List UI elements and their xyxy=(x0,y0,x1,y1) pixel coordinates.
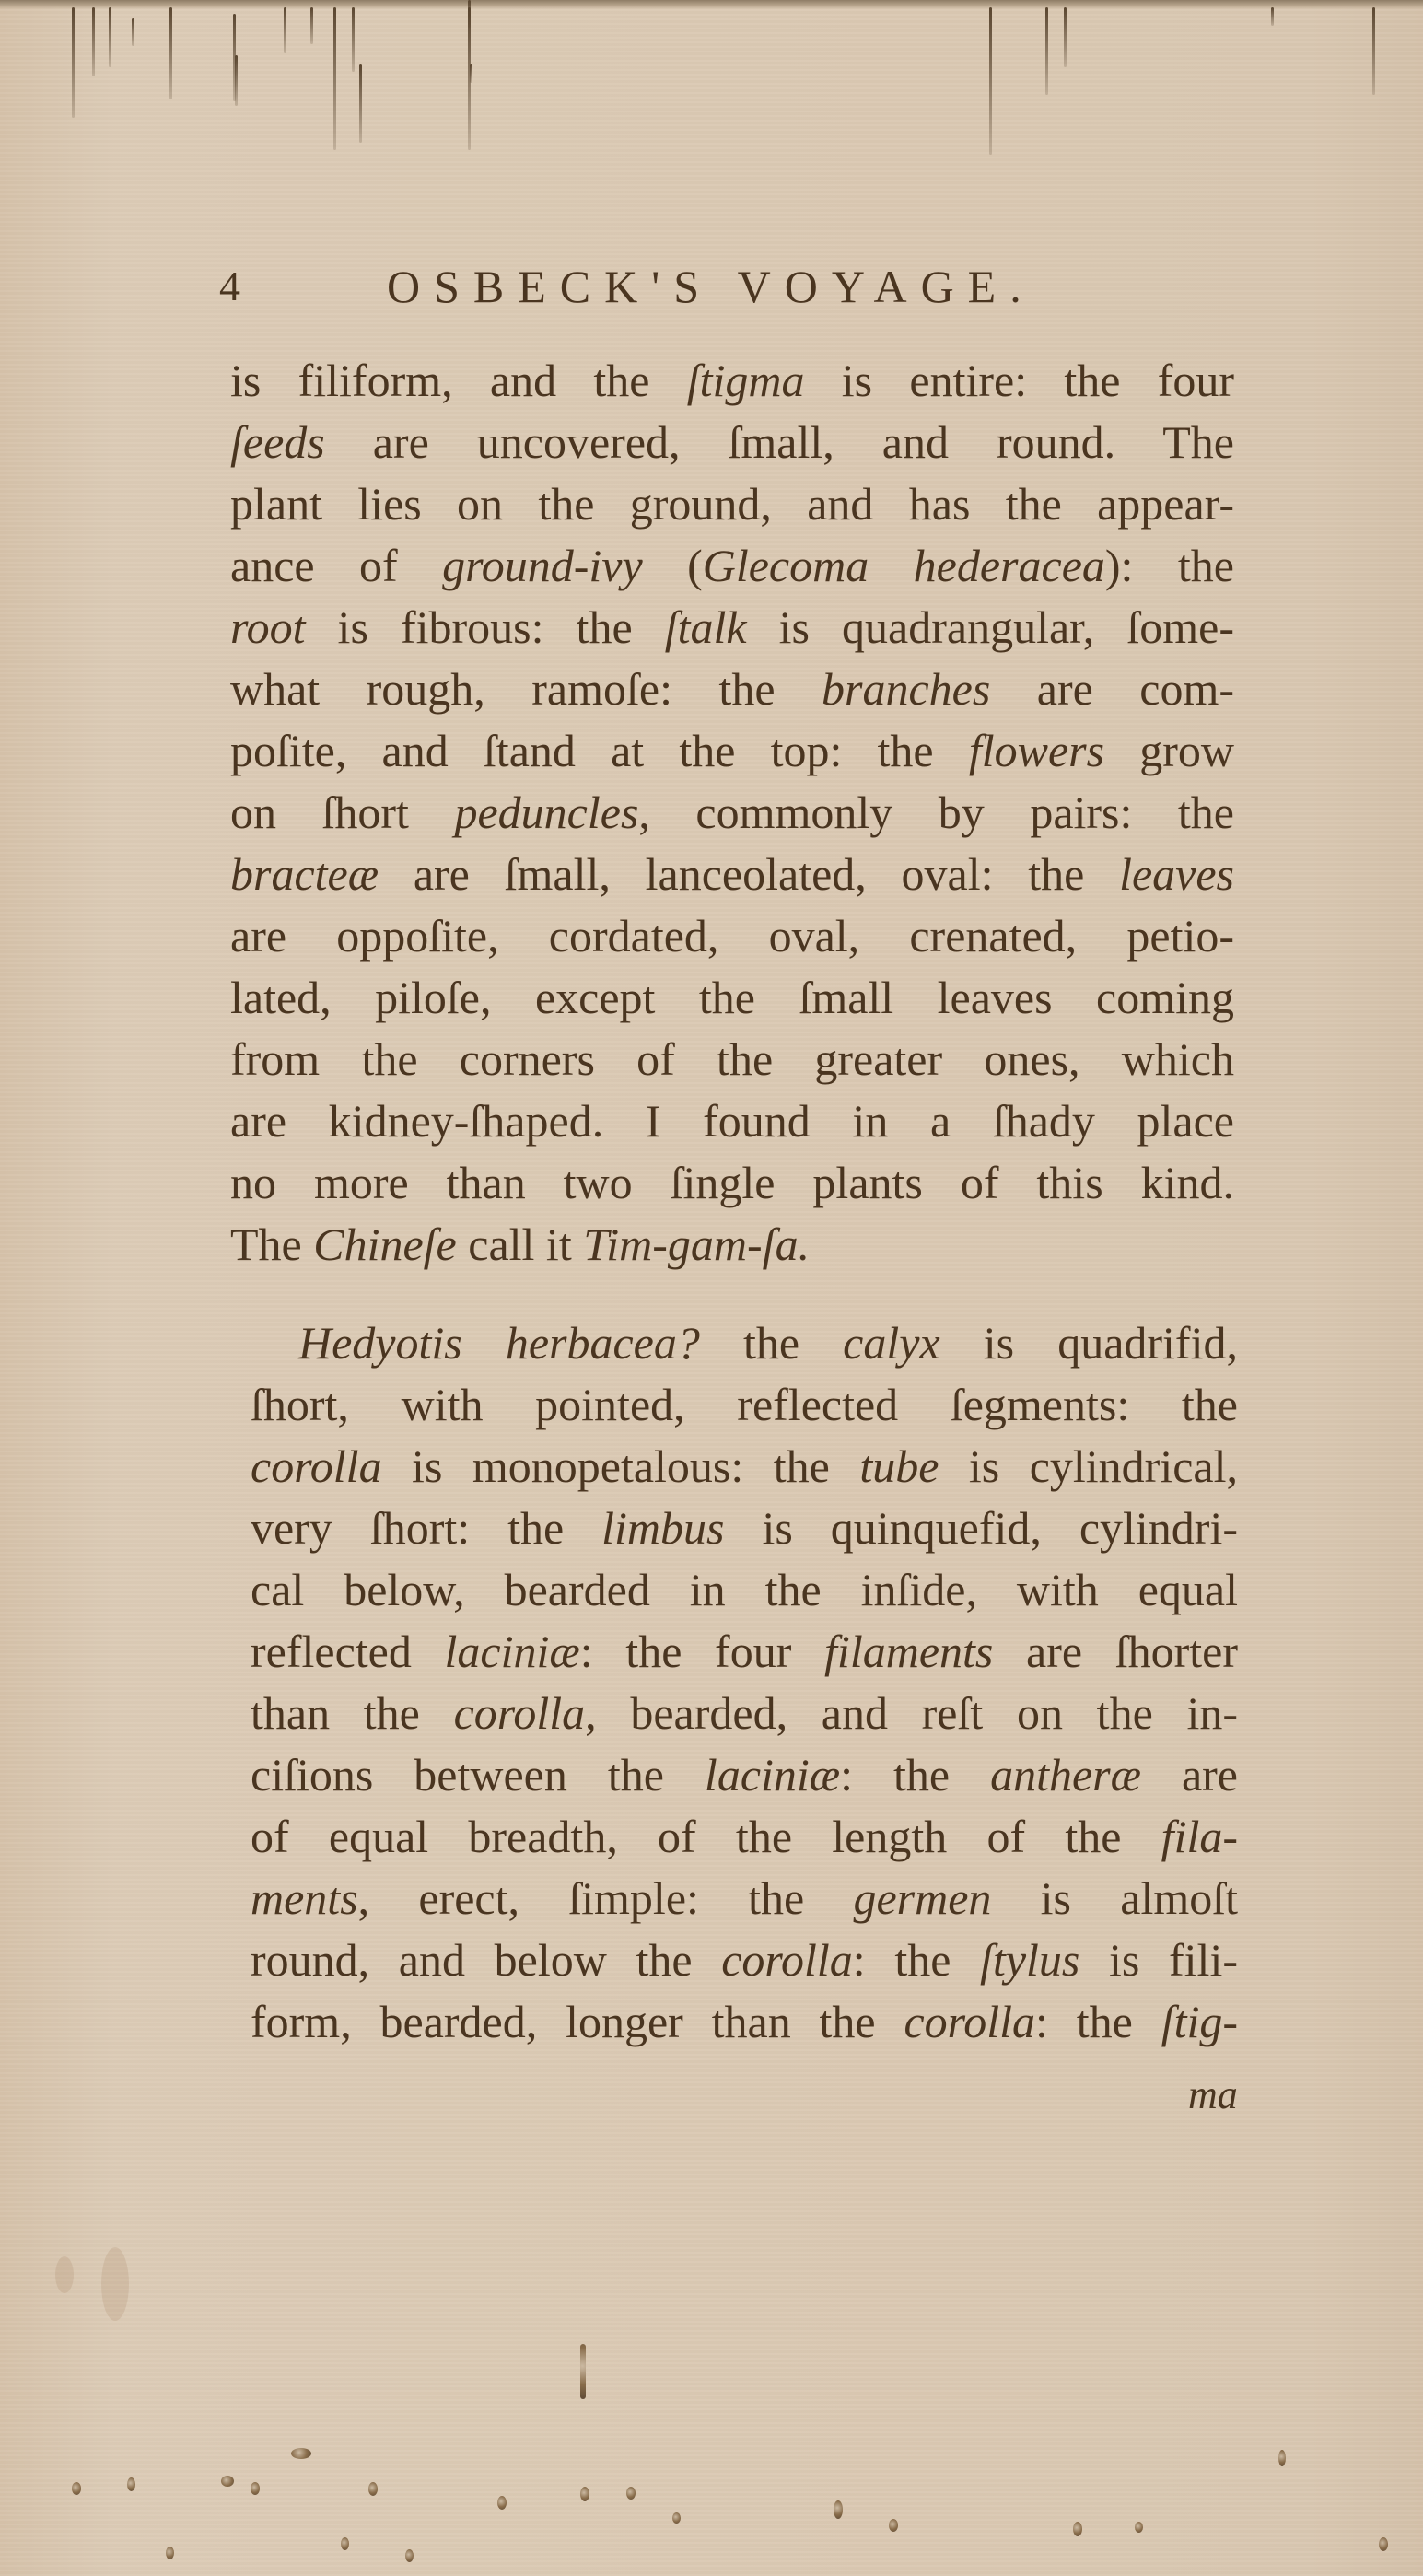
text-line: The Chineſe call it Tim-gam-ſa. xyxy=(230,1214,1234,1276)
italic-term: filaments xyxy=(824,1626,993,1677)
text-segment: the xyxy=(700,1317,843,1369)
text-segment: are com- xyxy=(990,663,1234,715)
text-line: round, and below the corolla: the ſtylus… xyxy=(251,1929,1238,1991)
running-head: 4 OSBECK'S VOYAGE. xyxy=(219,254,1140,328)
text-segment: is fibrous: the xyxy=(306,601,665,653)
text-segment: : the four xyxy=(580,1626,824,1677)
text-line: Hedyotis herbacea? the calyx is quadrifi… xyxy=(251,1312,1238,1374)
paper-stain xyxy=(55,2256,74,2293)
italic-term: peduncles xyxy=(454,787,638,838)
italic-term: bracteæ xyxy=(230,848,379,900)
catchword: ma xyxy=(1188,2068,1238,2123)
italic-term: Glecoma hederacea xyxy=(703,540,1105,591)
foxing-speck xyxy=(626,2487,636,2500)
text-line: is filiform, and the ſtigma is entire: t… xyxy=(230,350,1234,412)
text-segment: call it xyxy=(457,1218,583,1270)
text-segment: , commonly by pairs: the xyxy=(638,787,1234,838)
text-line: form, bearded, longer than the corolla: … xyxy=(251,1991,1238,2053)
text-line: reflected laciniæ: the four filaments ar… xyxy=(251,1621,1238,1683)
foxing-speck xyxy=(580,2344,586,2399)
text-segment: is quadrifid, xyxy=(940,1317,1238,1369)
text-segment: poſite, and ſtand at the top: the xyxy=(230,725,969,776)
text-segment: from the corners of the greater ones, wh… xyxy=(230,1033,1234,1085)
foxing-speck xyxy=(166,2547,174,2559)
ink-streak xyxy=(1064,7,1067,67)
paragraph-1: is filiform, and the ſtigma is entire: t… xyxy=(230,350,1234,1276)
foxing-speck xyxy=(127,2477,135,2491)
italic-term: tube xyxy=(859,1440,939,1492)
text-line: ciſions between the laciniæ: the antheræ… xyxy=(251,1744,1238,1806)
page-number: 4 xyxy=(219,254,240,319)
italic-term: antheræ xyxy=(990,1749,1141,1801)
text-segment: ( xyxy=(643,540,703,591)
text-segment: is cylindrical, xyxy=(939,1440,1238,1492)
italic-term: Hedyotis herbacea? xyxy=(298,1317,700,1369)
ink-streak xyxy=(1372,7,1375,95)
ink-streak xyxy=(352,7,355,72)
text-line: corolla is monopetalous: the tube is cyl… xyxy=(251,1436,1238,1498)
italic-term: ments xyxy=(251,1872,358,1924)
text-line: plant lies on the ground, and has the ap… xyxy=(230,473,1234,535)
italic-term: laciniæ xyxy=(445,1626,580,1677)
foxing-speck xyxy=(1073,2522,1082,2536)
ink-streak xyxy=(235,55,238,106)
text-segment: : the xyxy=(840,1749,990,1801)
text-line: ſeeds are uncovered, ſmall, and round. T… xyxy=(230,412,1234,473)
text-segment: form, bearded, longer than the xyxy=(251,1996,904,2047)
text-segment: ance of xyxy=(230,540,442,591)
ink-streak xyxy=(359,64,362,143)
text-segment: is quadrangular, ſome- xyxy=(747,601,1234,653)
text-segment: is filiform, and the xyxy=(230,355,687,406)
italic-term: root xyxy=(230,601,306,653)
text-segment: what rough, ramoſe: the xyxy=(230,663,822,715)
text-line: ſhort, with pointed, reflected ſegments:… xyxy=(251,1374,1238,1436)
italic-term: ſtig- xyxy=(1161,1996,1238,2047)
text-line: very ſhort: the limbus is quinquefid, cy… xyxy=(251,1498,1238,1559)
foxing-speck xyxy=(405,2549,414,2562)
running-head-title: OSBECK'S VOYAGE. xyxy=(387,254,1035,319)
text-segment: cal below, bearded in the inſide, with e… xyxy=(251,1564,1238,1615)
ink-streak xyxy=(470,64,472,83)
ink-streak xyxy=(92,7,95,76)
italic-term: flowers xyxy=(969,725,1104,776)
text-segment: The xyxy=(230,1218,313,1270)
text-line: cal below, bearded in the inſide, with e… xyxy=(251,1559,1238,1621)
text-segment: lated, piloſe, except the ſmall leaves c… xyxy=(230,972,1234,1023)
italic-term: laciniæ xyxy=(705,1749,840,1801)
foxing-speck xyxy=(580,2487,589,2501)
text-line: bracteæ are ſmall, lanceolated, oval: th… xyxy=(230,844,1234,905)
text-segment: of equal breadth, of the length of the xyxy=(251,1811,1161,1862)
italic-term: corolla xyxy=(904,1996,1035,2047)
text-line: poſite, and ſtand at the top: the flower… xyxy=(230,720,1234,782)
text-segment: is fili- xyxy=(1079,1934,1238,1986)
italic-term: Tim-gam-ſa. xyxy=(583,1218,810,1270)
italic-term: limbus xyxy=(601,1502,724,1554)
ink-streak xyxy=(468,0,471,28)
foxing-speck xyxy=(497,2496,507,2510)
ink-streak xyxy=(72,7,75,118)
text-segment: is almoſt xyxy=(991,1872,1238,1924)
ink-streak xyxy=(169,7,172,99)
text-segment: are kidney-ſhaped. I found in a ſhady pl… xyxy=(230,1095,1234,1147)
foxing-speck xyxy=(291,2448,311,2459)
text-line: what rough, ramoſe: the branches are com… xyxy=(230,659,1234,720)
foxing-speck xyxy=(1135,2522,1143,2533)
text-segment: ſhort, with pointed, reflected ſegments:… xyxy=(251,1379,1238,1430)
foxing-speck xyxy=(889,2519,898,2532)
page-top-edge xyxy=(0,0,1423,9)
text-segment: : the xyxy=(1035,1996,1161,2047)
text-line: than the corolla, bearded, and reſt on t… xyxy=(251,1683,1238,1744)
text-line: of equal breadth, of the length of the f… xyxy=(251,1806,1238,1868)
text-line: no more than two ſingle plants of this k… xyxy=(230,1152,1234,1214)
paragraph-2: Hedyotis herbacea? the calyx is quadrifi… xyxy=(251,1312,1238,2053)
text-segment: no more than two ſingle plants of this k… xyxy=(230,1157,1234,1208)
foxing-speck xyxy=(72,2482,81,2495)
foxing-speck xyxy=(1379,2537,1388,2551)
text-segment: reflected xyxy=(251,1626,445,1677)
text-line: from the corners of the greater ones, wh… xyxy=(230,1029,1234,1090)
italic-term: germen xyxy=(853,1872,991,1924)
foxing-speck xyxy=(1278,2450,1286,2466)
italic-term: ſeeds xyxy=(230,416,325,468)
text-segment: , erect, ſimple: the xyxy=(358,1872,854,1924)
text-segment: is monopetalous: the xyxy=(382,1440,860,1492)
ink-streak xyxy=(132,18,134,46)
text-segment: ): the xyxy=(1105,540,1234,591)
italic-term: Chineſe xyxy=(313,1218,457,1270)
italic-term: calyx xyxy=(843,1317,939,1369)
italic-term: corolla xyxy=(721,1934,853,1986)
text-segment: are oppoſite, cordated, oval, crenated, … xyxy=(230,910,1234,962)
text-segment: are uncovered, ſmall, and round. The xyxy=(325,416,1234,468)
text-line: on ſhort peduncles, commonly by pairs: t… xyxy=(230,782,1234,844)
text-segment: , bearded, and reſt on the in- xyxy=(585,1687,1238,1739)
ink-streak xyxy=(989,7,992,155)
italic-term: ground-ivy xyxy=(442,540,643,591)
ink-streak xyxy=(333,7,336,150)
text-segment: on ſhort xyxy=(230,787,454,838)
foxing-speck xyxy=(341,2537,349,2550)
text-segment: grow xyxy=(1104,725,1234,776)
foxing-speck xyxy=(834,2500,843,2519)
text-segment: are ſhorter xyxy=(993,1626,1238,1677)
italic-term: leaves xyxy=(1119,848,1234,900)
text-segment: : the xyxy=(853,1934,980,1986)
paper-stain xyxy=(101,2247,129,2321)
ink-streak xyxy=(310,7,313,44)
ink-streak xyxy=(109,7,111,67)
text-segment: are xyxy=(1141,1749,1238,1801)
text-segment: very ſhort: the xyxy=(251,1502,601,1554)
italic-term: fila- xyxy=(1161,1811,1238,1862)
italic-term: ſtylus xyxy=(980,1934,1079,1986)
text-segment: is entire: the four xyxy=(805,355,1235,406)
foxing-speck xyxy=(221,2476,234,2487)
foxing-speck xyxy=(672,2512,681,2524)
foxing-speck xyxy=(251,2482,260,2495)
text-line: root is fibrous: the ſtalk is quadrangul… xyxy=(230,597,1234,659)
text-line: are kidney-ſhaped. I found in a ſhady pl… xyxy=(230,1090,1234,1152)
italic-term: ſtigma xyxy=(687,355,805,406)
scanned-book-page: 4 OSBECK'S VOYAGE. is filiform, and the … xyxy=(0,0,1423,2576)
ink-streak xyxy=(284,7,286,53)
text-segment: is quinquefid, cylindri- xyxy=(724,1502,1238,1554)
italic-term: corolla xyxy=(454,1687,586,1739)
ink-streak xyxy=(1045,7,1048,95)
text-segment: ciſions between the xyxy=(251,1749,705,1801)
text-line: ments, erect, ſimple: the germen is almo… xyxy=(251,1868,1238,1929)
italic-term: ſtalk xyxy=(665,601,747,653)
text-segment: plant lies on the ground, and has the ap… xyxy=(230,478,1234,530)
text-line: lated, piloſe, except the ſmall leaves c… xyxy=(230,967,1234,1029)
italic-term: branches xyxy=(822,663,990,715)
ink-streak xyxy=(1271,7,1274,26)
italic-term: corolla xyxy=(251,1440,382,1492)
text-segment: than the xyxy=(251,1687,454,1739)
foxing-speck xyxy=(368,2482,378,2496)
text-segment: are ſmall, lanceolated, oval: the xyxy=(379,848,1119,900)
text-segment: round, and below the xyxy=(251,1934,721,1986)
text-line: are oppoſite, cordated, oval, crenated, … xyxy=(230,905,1234,967)
text-line: ance of ground-ivy (Glecoma hederacea): … xyxy=(230,535,1234,597)
